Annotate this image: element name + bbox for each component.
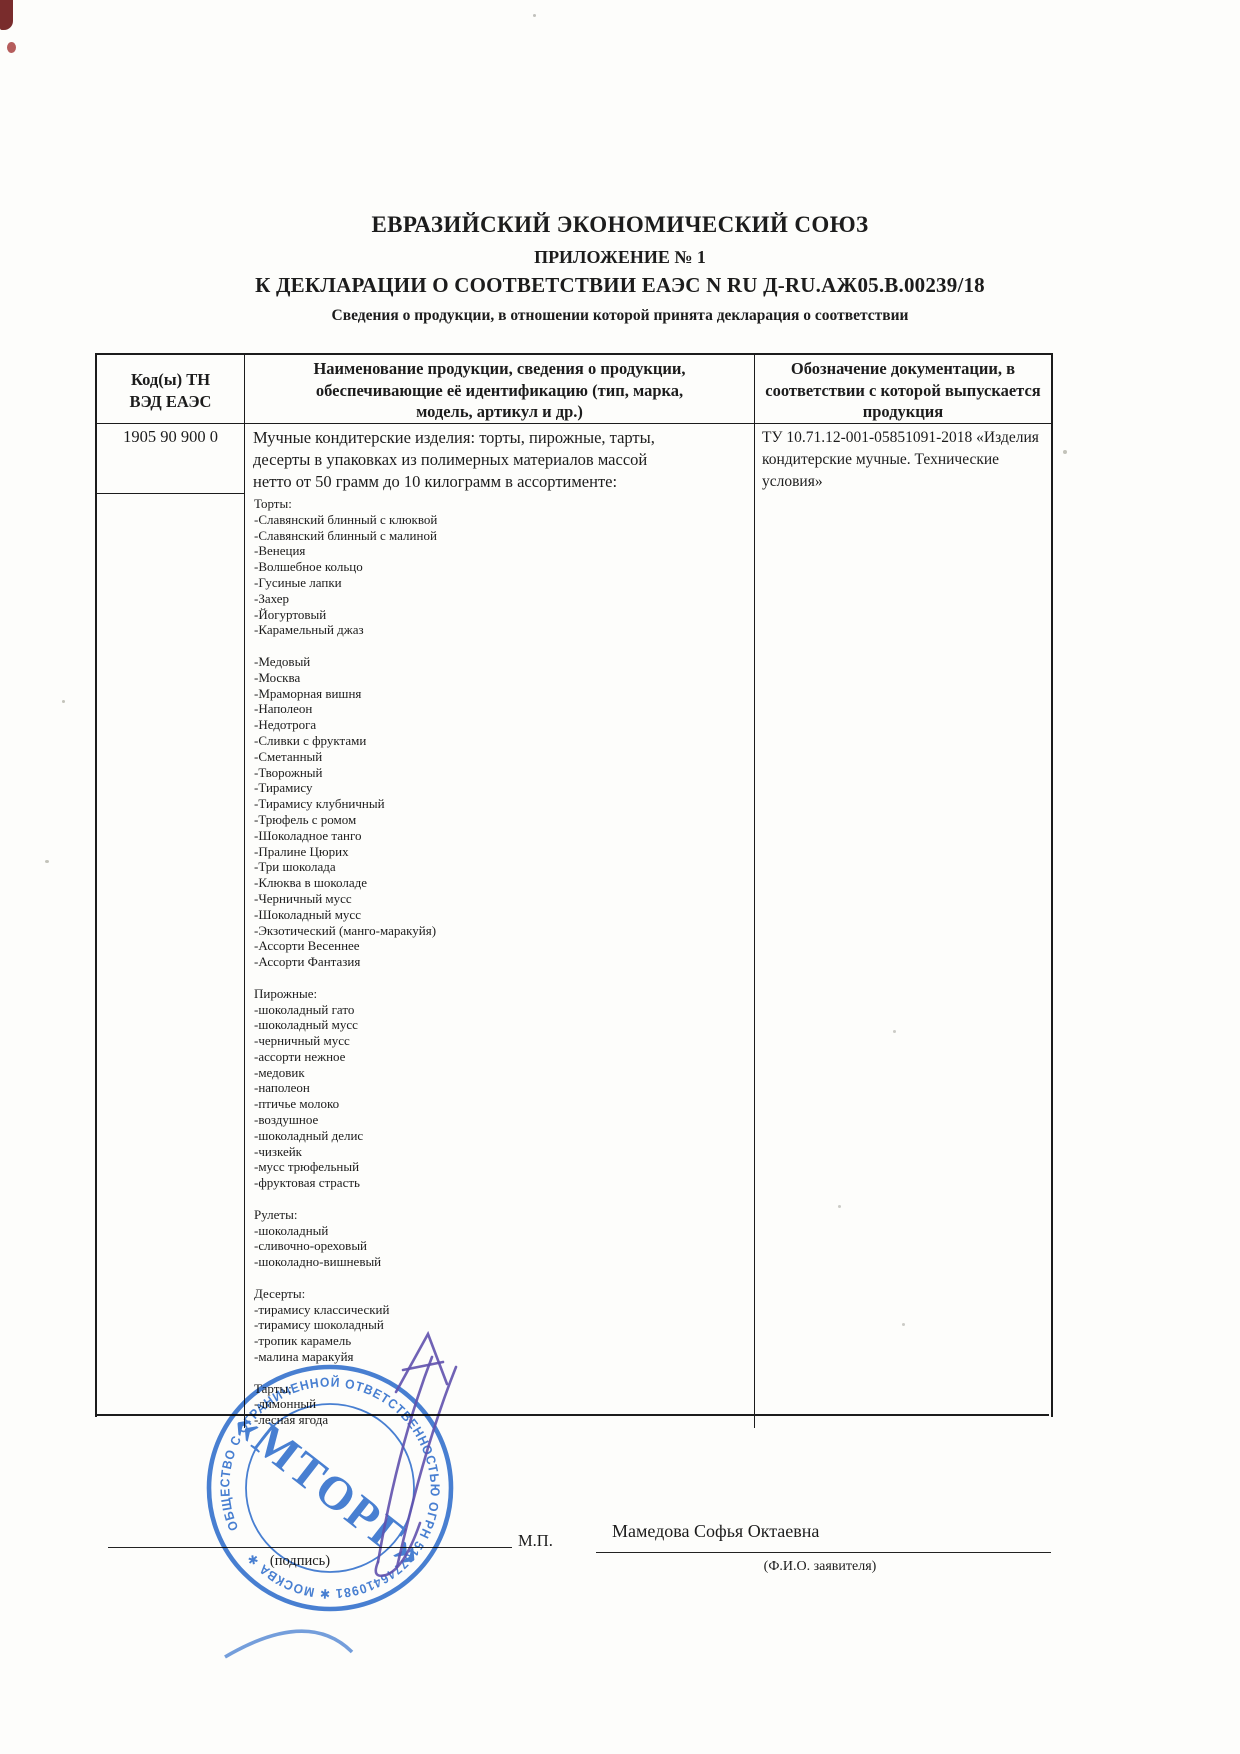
description-line: десерты в упаковках из полимерных матери… — [253, 449, 748, 471]
product-list-item: -Славянский блинный с малиной — [254, 528, 754, 544]
product-list-item: -медовик — [254, 1065, 754, 1081]
applicant-caption: (Ф.И.О. заявителя) — [698, 1559, 942, 1575]
subtitle: Сведения о продукции, в отношении которо… — [0, 307, 1240, 325]
product-section: -Медовый-Москва-Мраморная вишня-Наполеон… — [254, 654, 754, 970]
product-section-title: Пирожные: — [254, 986, 754, 1002]
product-list-item: -воздушное — [254, 1112, 754, 1128]
product-list-item: -сливочно-ореховый — [254, 1238, 754, 1254]
product-list-item: -шоколадно-вишневый — [254, 1254, 754, 1270]
scan-speck — [1063, 450, 1067, 454]
scan-speck — [7, 42, 16, 53]
header-line: модель, артикул и др.) — [245, 401, 754, 423]
product-list-item: -шоколадный — [254, 1223, 754, 1239]
col-header-doc: Обозначение документации, в соответствии… — [755, 355, 1051, 424]
product-list-item: -шоколадный делис — [254, 1128, 754, 1144]
stamp-second-impression-arc — [225, 1631, 352, 1657]
product-list-item: -ассорти нежное — [254, 1049, 754, 1065]
product-list-item: -Три шоколада — [254, 859, 754, 875]
product-list-item: -черничный мусс — [254, 1033, 754, 1049]
col-header-name: Наименование продукции, сведения о проду… — [245, 355, 755, 424]
product-list-item: -Недотрога — [254, 717, 754, 733]
product-list-item: -Творожный — [254, 765, 754, 781]
product-section-title: Торты: — [254, 496, 754, 512]
product-section: Рулеты:-шоколадный-сливочно-ореховый-шок… — [254, 1207, 754, 1270]
company-stamp: ОБЩЕСТВО С ОГРАНИЧЕННОЙ ОТВЕТСТВЕННОСТЬЮ… — [200, 1322, 500, 1682]
header-line: ВЭД ЕАЭС — [97, 391, 244, 413]
product-list-item: -Тирамису — [254, 780, 754, 796]
product-list-item: -Экзотический (манго-маракуйя) — [254, 923, 754, 939]
scan-speck — [45, 860, 49, 863]
product-list: Торты:-Славянский блинный с клюквой-Слав… — [245, 494, 755, 1428]
header-line: Наименование продукции, сведения о проду… — [245, 358, 754, 380]
product-list-item: -шоколадный мусс — [254, 1017, 754, 1033]
code-cell: 1905 90 900 0 — [97, 424, 245, 494]
product-list-item: -Венеция — [254, 543, 754, 559]
product-list-item: -Захер — [254, 591, 754, 607]
product-list-item: -Медовый — [254, 654, 754, 670]
page-title: ЕВРАЗИЙСКИЙ ЭКОНОМИЧЕСКИЙ СОЮЗ — [0, 212, 1240, 238]
product-list-item: -Клюква в шоколаде — [254, 875, 754, 891]
header-line: Обозначение документации, в — [755, 358, 1051, 380]
declaration-number-title: К ДЕКЛАРАЦИИ О СООТВЕТСТВИИ ЕАЭС N RU Д-… — [0, 273, 1240, 298]
product-list-item: -тирамису классический — [254, 1302, 754, 1318]
appendix-title: ПРИЛОЖЕНИЕ № 1 — [0, 247, 1240, 268]
applicant-name: Мамедова Софья Октаевна — [612, 1521, 819, 1542]
header-line: соответствии с которой выпускается — [755, 380, 1051, 402]
product-list-item: -Славянский блинный с клюквой — [254, 512, 754, 528]
header-line: продукция — [755, 401, 1051, 423]
product-list-item: -фруктовая страсть — [254, 1175, 754, 1191]
product-list-item: -Гусиные лапки — [254, 575, 754, 591]
scan-speck — [0, 0, 13, 30]
description-line: Мучные кондитерские изделия: торты, пиро… — [253, 427, 748, 449]
product-list-item: -мусс трюфельный — [254, 1159, 754, 1175]
documentation-line: условия» — [762, 471, 1047, 493]
product-list-item: -Пралине Цюрих — [254, 844, 754, 860]
product-list-item: -Ассорти Фантазия — [254, 954, 754, 970]
product-list-item: -шоколадный гато — [254, 1002, 754, 1018]
document-header: ЕВРАЗИЙСКИЙ ЭКОНОМИЧЕСКИЙ СОЮЗ ПРИЛОЖЕНИ… — [0, 212, 1240, 325]
product-list-item: -Йогуртовый — [254, 607, 754, 623]
header-line: обеспечивающие её идентификацию (тип, ма… — [245, 380, 754, 402]
product-list-item: -Тирамису клубничный — [254, 796, 754, 812]
header-line: Код(ы) ТН — [97, 369, 244, 391]
applicant-signature-line — [596, 1552, 1051, 1553]
product-list-item: -чизкейк — [254, 1144, 754, 1160]
product-list-item: -Волшебное кольцо — [254, 559, 754, 575]
code-cell-continuation — [97, 494, 245, 1428]
product-list-item: -Сметанный — [254, 749, 754, 765]
product-code: 1905 90 900 0 — [123, 427, 218, 446]
documentation-line: кондитерские мучные. Технические — [762, 449, 1047, 471]
scan-speck — [533, 14, 536, 17]
product-list-item: -Сливки с фруктами — [254, 733, 754, 749]
scan-speck — [62, 700, 65, 703]
product-documentation: ТУ 10.71.12-001-05851091-2018 «Изделия к… — [755, 424, 1051, 494]
product-list-item: -Шоколадный мусс — [254, 907, 754, 923]
product-list-item: -птичье молоко — [254, 1096, 754, 1112]
document-page: ЕВРАЗИЙСКИЙ ЭКОНОМИЧЕСКИЙ СОЮЗ ПРИЛОЖЕНИ… — [0, 0, 1240, 1754]
product-list-item: -Карамельный джаз — [254, 622, 754, 638]
product-list-item: -наполеон — [254, 1080, 754, 1096]
product-section-title: Рулеты: — [254, 1207, 754, 1223]
product-list-item: -Ассорти Весеннее — [254, 938, 754, 954]
product-list-item: -Черничный мусс — [254, 891, 754, 907]
product-section: Пирожные:-шоколадный гато-шоколадный мус… — [254, 986, 754, 1191]
col-header-code: Код(ы) ТН ВЭД ЕАЭС — [97, 355, 245, 424]
product-section: Торты:-Славянский блинный с клюквой-Слав… — [254, 496, 754, 638]
product-list-item: -Трюфель с ромом — [254, 812, 754, 828]
stamp-place-label: М.П. — [518, 1531, 553, 1551]
documentation-line: ТУ 10.71.12-001-05851091-2018 «Изделия — [762, 427, 1047, 449]
products-table: Код(ы) ТН ВЭД ЕАЭС Наименование продукци… — [95, 353, 1053, 1417]
product-section-title: Десерты: — [254, 1286, 754, 1302]
documentation-cell-continuation — [755, 494, 1051, 1428]
product-list-item: -Наполеон — [254, 701, 754, 717]
description-line: нетто от 50 грамм до 10 килограмм в ассо… — [253, 471, 748, 493]
product-list-item: -Мраморная вишня — [254, 686, 754, 702]
product-description: Мучные кондитерские изделия: торты, пиро… — [245, 424, 755, 494]
product-list-item: -Шоколадное танго — [254, 828, 754, 844]
product-list-item: -Москва — [254, 670, 754, 686]
